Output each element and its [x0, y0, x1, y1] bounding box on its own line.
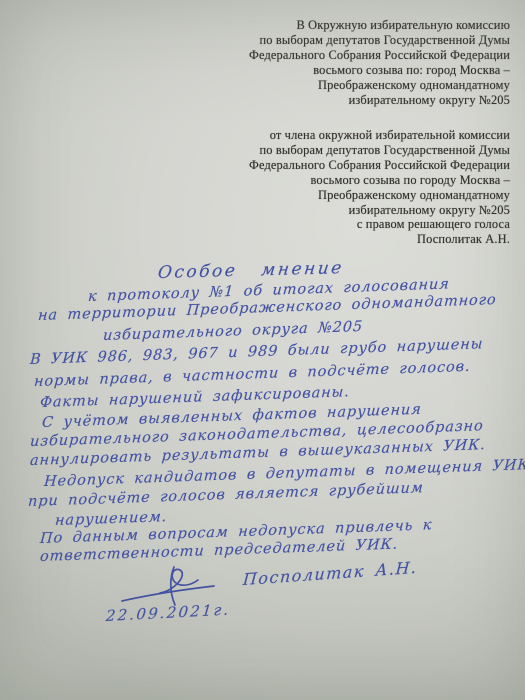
sender-line: восьмого созыва по городу Москва –	[249, 173, 510, 188]
document-photo: В Окружную избирательную комиссию по выб…	[0, 0, 525, 700]
recipient-line: восьмого созыва по: город Москва –	[249, 63, 510, 78]
recipient-line: по выборам депутатов Государственной Дум…	[249, 33, 510, 48]
sender-line: с правом решающего голоса	[249, 217, 510, 232]
sender-line: по выборам депутатов Государственной Дум…	[249, 143, 510, 158]
handwritten-title: Особое мнение	[157, 258, 345, 283]
recipient-block: В Окружную избирательную комиссию по выб…	[249, 18, 510, 107]
recipient-line: Преображенскому одномандатному	[249, 78, 510, 93]
sender-line: от члена окружной избирательной комиссии	[249, 128, 510, 143]
sender-line: Преображенскому одномандатному	[249, 188, 510, 203]
handwritten-line: избирательного округа №205	[102, 319, 363, 344]
recipient-line: Федерального Собрания Российской Федерац…	[249, 48, 510, 63]
sender-line: избирательному округу №205	[249, 203, 510, 218]
recipient-line: избирательному округу №205	[249, 93, 510, 108]
sender-block: от члена окружной избирательной комиссии…	[249, 128, 510, 247]
signature-name: Посполитак А.Н.	[242, 558, 418, 589]
sender-line: Федерального Собрания Российской Федерац…	[249, 158, 510, 173]
sender-line: Посполитак А.Н.	[249, 232, 510, 247]
handwritten-line: нарушением.	[54, 509, 167, 529]
recipient-line: В Окружную избирательную комиссию	[249, 18, 510, 33]
